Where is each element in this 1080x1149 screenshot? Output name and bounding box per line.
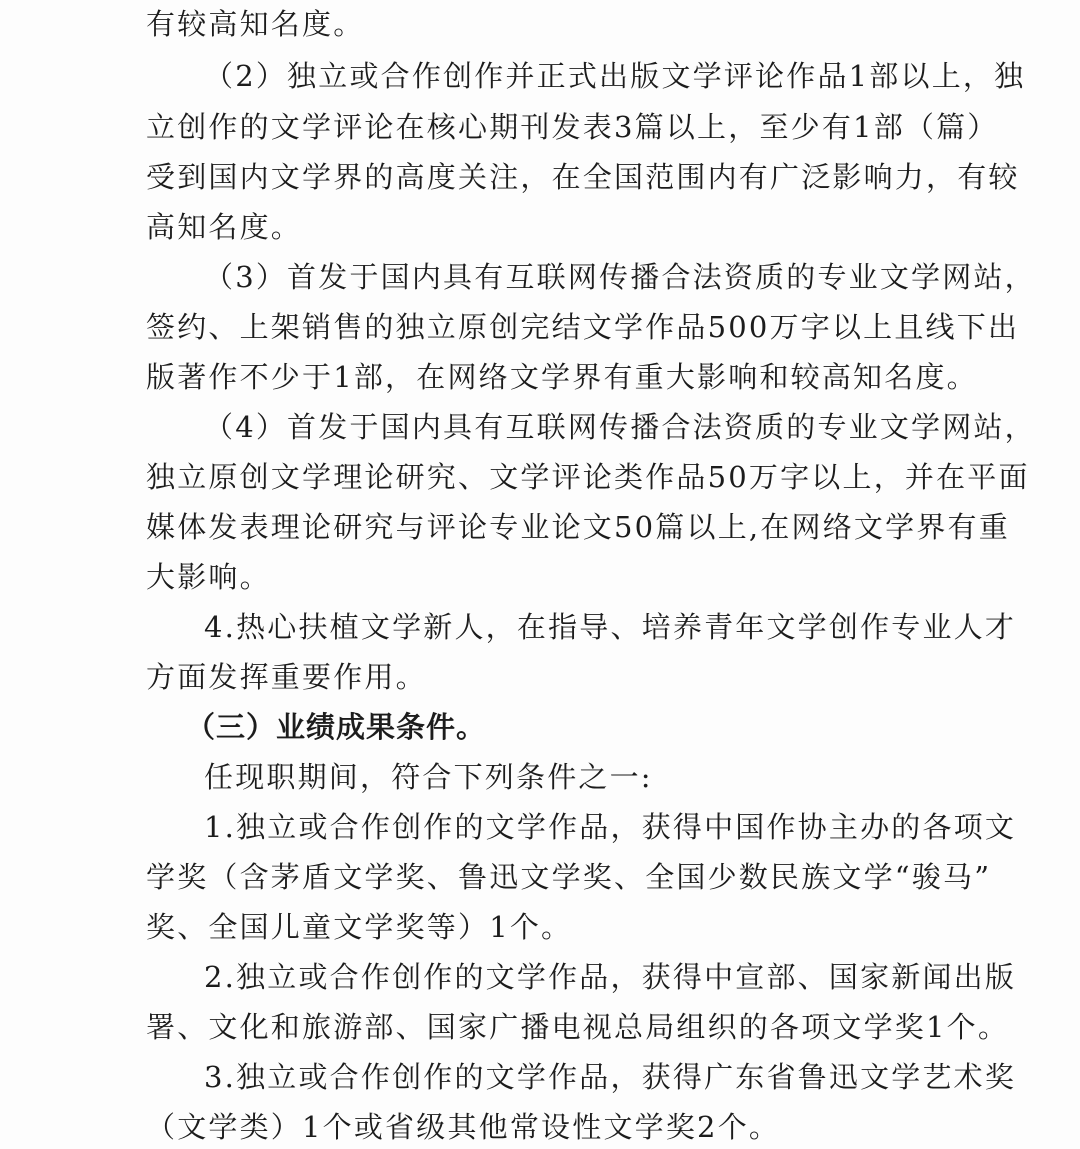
text-line: 大影响。 bbox=[146, 557, 946, 597]
text-line: 版著作不少于1部，在网络文学界有重大影响和较高知名度。 bbox=[146, 357, 946, 397]
text-line: （3）首发于国内具有互联网传播合法资质的专业文学网站， bbox=[204, 257, 946, 297]
text-line: 签约、上架销售的独立原创完结文学作品500万字以上且线下出 bbox=[146, 307, 946, 347]
text-line: 有较高知名度。 bbox=[146, 4, 946, 44]
text-line: 奖、全国儿童文学奖等）1个。 bbox=[146, 907, 946, 947]
text-line: 媒体发表理论研究与评论专业论文50篇以上,在网络文学界有重 bbox=[146, 507, 946, 547]
text-line: 任现职期间，符合下列条件之一: bbox=[204, 757, 946, 797]
text-line: 2.独立或合作创作的文学作品，获得中宣部、国家新闻出版 bbox=[204, 957, 946, 997]
text-line: 受到国内文学界的高度关注，在全国范围内有广泛影响力，有较 bbox=[146, 157, 946, 197]
text-line: 署、文化和旅游部、国家广播电视总局组织的各项文学奖1个。 bbox=[146, 1007, 946, 1047]
document-page: 有较高知名度。（2）独立或合作创作并正式出版文学评论作品1部以上，独立创作的文学… bbox=[0, 0, 1080, 1149]
text-line: 高知名度。 bbox=[146, 207, 946, 247]
text-line: （文学类）1个或省级其他常设性文学奖2个。 bbox=[146, 1107, 946, 1147]
text-line: （4）首发于国内具有互联网传播合法资质的专业文学网站， bbox=[204, 407, 946, 447]
text-line: （2）独立或合作创作并正式出版文学评论作品1部以上，独 bbox=[204, 56, 946, 96]
text-line: 3.独立或合作创作的文学作品，获得广东省鲁迅文学艺术奖 bbox=[204, 1057, 946, 1097]
text-line: 方面发挥重要作用。 bbox=[146, 657, 946, 697]
section-heading: （三）业绩成果条件。 bbox=[186, 707, 928, 747]
text-line: 1.独立或合作创作的文学作品，获得中国作协主办的各项文 bbox=[204, 807, 946, 847]
text-line: 独立原创文学理论研究、文学评论类作品50万字以上，并在平面 bbox=[146, 457, 946, 497]
text-line: 学奖（含茅盾文学奖、鲁迅文学奖、全国少数民族文学“骏马” bbox=[146, 857, 946, 897]
text-line: 立创作的文学评论在核心期刊发表3篇以上，至少有1部（篇） bbox=[146, 107, 946, 147]
text-line: 4.热心扶植文学新人，在指导、培养青年文学创作专业人才 bbox=[204, 607, 946, 647]
